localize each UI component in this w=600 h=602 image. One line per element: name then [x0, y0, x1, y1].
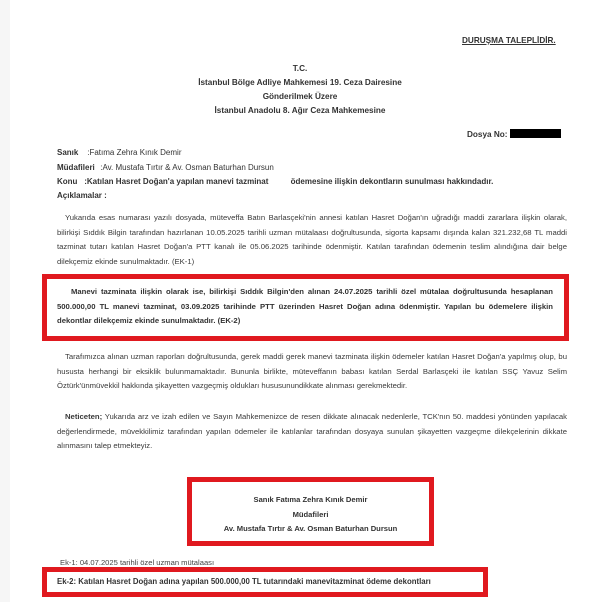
conclusion-text: Yukarıda arz ve izah edilen ve Sayın Mah…: [57, 412, 567, 450]
highlight-box-attachment-ek2: Ek-2: Katılan Hasret Doğan adına yapılan…: [42, 567, 488, 597]
defendant-value: :Fatıma Zehra Kınık Demir: [87, 148, 181, 157]
paragraph-conclusion: Neticeten; Yukarıda arz ve izah edilen v…: [57, 410, 567, 454]
subject-label: Konu: [57, 177, 82, 186]
file-number: Dosya No:: [467, 129, 561, 139]
highlight-box-moral-damages: Manevi tazminata ilişkin olarak ise, bil…: [42, 274, 569, 341]
subject-value-1: :Katılan Hasret Doğan'a yapılan manevi t…: [84, 177, 268, 186]
court-line-forwarded: Gönderilmek Üzere: [0, 92, 600, 101]
paragraph-expert-reports: Tarafımızca alınan uzman raporları doğru…: [57, 350, 567, 394]
attachment-ek2: Ek-2: Katılan Hasret Doğan adına yapılan…: [57, 577, 431, 586]
paragraph-moral-damages: Manevi tazminata ilişkin olarak ise, bil…: [57, 285, 553, 329]
paragraph-text: Yukarıda esas numarası yazılı dosyada, m…: [57, 213, 567, 266]
counsel-label: Müdafileri: [57, 163, 98, 172]
court-line-appeals: İstanbul Bölge Adliye Mahkemesi 19. Ceza…: [0, 78, 600, 87]
attachment-ek1: Ek-1: 04.07.2025 tarihli özel uzman müta…: [60, 558, 214, 567]
counsel-row: Müdafileri :Av. Mustafa Tırtır & Av. Osm…: [57, 163, 274, 172]
court-line-tc: T.C.: [0, 64, 600, 73]
defendant-label: Sanık: [57, 148, 85, 157]
explanations-row: Açıklamalar :: [57, 191, 107, 200]
hearing-request: DURUŞMA TALEPLİDİR.: [462, 36, 556, 45]
highlight-box-signature: Sanık Fatıma Zehra Kınık Demir Müdafiler…: [187, 477, 434, 546]
page-gutter: [0, 0, 10, 602]
paragraph-material-damages: Yukarıda esas numarası yazılı dosyada, m…: [57, 211, 567, 269]
subject-value-2: ödemesine ilişkin dekontların sunulması …: [291, 177, 494, 186]
explanations-label: Açıklamalar :: [57, 191, 107, 200]
defendant-row: Sanık :Fatıma Zehra Kınık Demir: [57, 148, 181, 157]
file-number-label: Dosya No:: [467, 130, 508, 139]
signature-counsel-label: Müdafileri: [192, 508, 429, 523]
signature-defendant: Sanık Fatıma Zehra Kınık Demir: [192, 493, 429, 508]
signature-counsel-names: Av. Mustafa Tırtır & Av. Osman Baturhan …: [192, 522, 429, 537]
conclusion-label: Neticeten;: [65, 412, 102, 421]
redaction-bar: [510, 129, 561, 138]
paragraph-text: Manevi tazminata ilişkin olarak ise, bil…: [57, 287, 553, 325]
counsel-value: :Av. Mustafa Tırtır & Av. Osman Baturhan…: [100, 163, 274, 172]
subject-row: Konu :Katılan Hasret Doğan'a yapılan man…: [57, 177, 493, 186]
paragraph-text: Tarafımızca alınan uzman raporları doğru…: [57, 352, 567, 390]
court-line-criminal: İstanbul Anadolu 8. Ağır Ceza Mahkemesin…: [0, 106, 600, 115]
